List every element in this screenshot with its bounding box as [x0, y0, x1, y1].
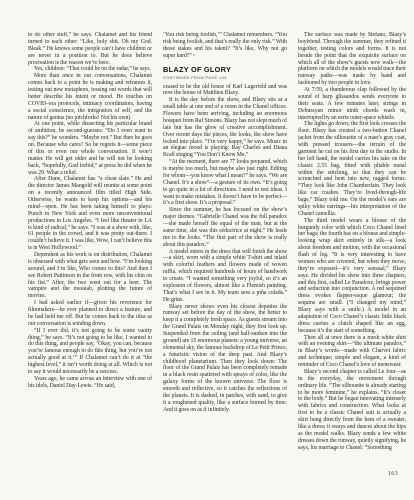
paragraph: More than once in our conversations, Cha…: [28, 73, 152, 121]
paragraph: Yes, children: “That could be on the rad…: [28, 66, 152, 73]
text-column-3: The surface was made by Stefano, Blazy’s…: [298, 32, 406, 466]
magazine-page: to do other stuff,” he says. Chalamet an…: [0, 0, 414, 500]
paragraph: At 7:59, a thunderous clap followed by t…: [298, 87, 406, 121]
paragraph: Then all at once there is a mesh white s…: [298, 335, 406, 369]
paragraph: “If I ever did, it’s not going to be som…: [28, 328, 152, 376]
chalamet-article-ending: ‘You risk being foolish,’” Chalamet reme…: [163, 32, 287, 60]
paragraph: I had asked earlier if—given his reveren…: [28, 300, 152, 328]
text-column-2: ‘You risk being foolish,’” Chalamet reme…: [163, 32, 287, 466]
paragraph: Years ago, he came across an interview w…: [28, 376, 152, 390]
paragraph: ‘You risk being foolish,’” Chalamet reme…: [163, 32, 287, 60]
text-column-1: to do other stuff,” he says. Chalamet an…: [28, 32, 152, 466]
paragraph: A model enters in the dress that will fi…: [163, 249, 287, 304]
paragraph: Blazy’s second chapter is called Le Jour…: [298, 369, 406, 452]
paragraph: to do other stuff,” he says. Chalamet an…: [28, 32, 152, 66]
paragraph: ceased to be the old house of Karl Lager…: [163, 84, 287, 98]
article-heading: BLAZY OF GLORY: [163, 66, 287, 74]
paragraph: At one point, while dissecting his parti…: [28, 121, 152, 176]
page-number: 163: [388, 470, 398, 477]
paragraph: Blazy never shows even his closest deput…: [163, 304, 287, 414]
paragraph: “At the moment, there are 77 looks prepa…: [163, 159, 287, 207]
paragraph: The lights go down; the first look cross…: [298, 121, 406, 217]
paragraph: It is the day before the show, and Blazy…: [163, 97, 287, 159]
paragraph: Dependent as his work is on distribution…: [28, 252, 152, 300]
paragraph: After Dune, Chalamet has “a clean slate.…: [28, 176, 152, 252]
paragraph: Since the summer, he has focused on the …: [163, 207, 287, 248]
paragraph: The third model wears a blouse of the bu…: [298, 218, 406, 335]
paragraph: The surface was made by Stefano, Blazy’s…: [298, 32, 406, 87]
continued-from-note: CONTINUED FROM PAGE 134: [163, 75, 287, 80]
blazy-article-column2-text: ceased to be the old house of Karl Lager…: [163, 84, 287, 414]
